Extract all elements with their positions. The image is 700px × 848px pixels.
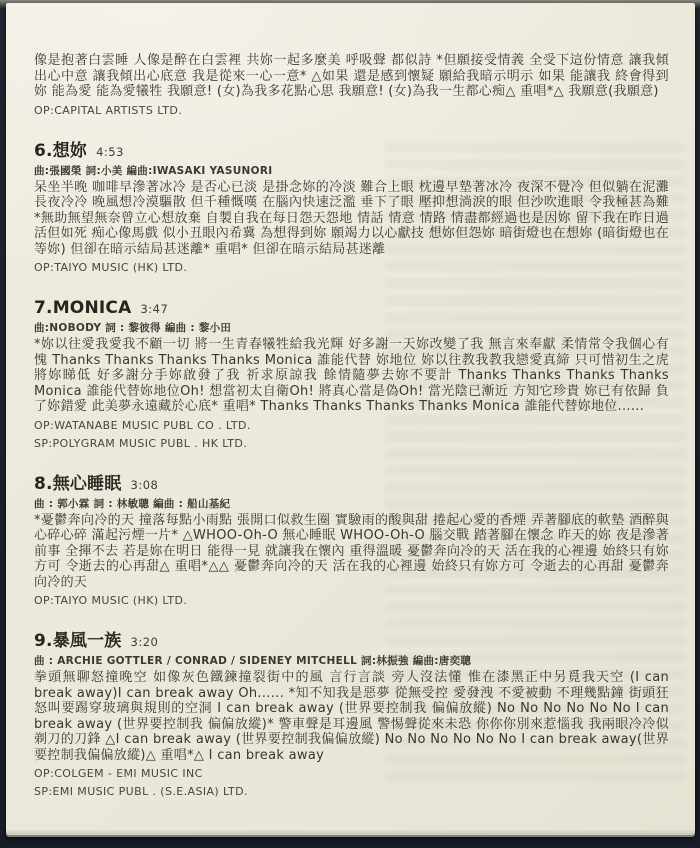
track-title-text: 無心睡眠	[53, 474, 122, 494]
track-title-text: 想妳	[53, 141, 87, 161]
booklet-page: 像是抱著白雲睡 人像是醉在白雲裡 共妳一起多麼美 呼吸聲 都似詩 *但願接受情義…	[6, 3, 695, 835]
track-number: 6.	[34, 141, 53, 161]
track-header: 9.暴風一族3:20	[34, 632, 669, 652]
track-lyrics: *妳以往愛我愛我不顧一切 將一生青春犧牲給我光輝 好多謝一天妳改變了我 無言來奉…	[34, 337, 669, 415]
track-title-text: MONICA	[53, 298, 132, 318]
track-credits: 曲:張國榮 詞:小美 編曲:IWASAKI YASUNORI	[34, 165, 669, 178]
track-section-7: 7.MONICA3:47 曲:NOBODY 詞 : 黎彼得 編曲 : 黎小田 *…	[34, 299, 669, 451]
publisher-line: OP:TAIYO MUSIC (HK) LTD.	[34, 261, 669, 275]
track-lyrics: 拳頭無聊怒撞晚空 如像灰色鐵鍊撞裂街中的風 言行言談 旁人沒法懂 惟在漆黑正中另…	[34, 670, 669, 763]
track-duration: 3:47	[140, 302, 168, 316]
track-credits: 曲 : ARCHIE GOTTLER / CONRAD / SIDENEY MI…	[34, 655, 669, 668]
track-number: 8.	[34, 474, 53, 494]
track-number: 7.	[34, 298, 53, 318]
publisher-line: SP:EMI MUSIC PUBL . (S.E.ASIA) LTD.	[34, 785, 669, 799]
track-credits: 曲:NOBODY 詞 : 黎彼得 編曲 : 黎小田	[34, 322, 669, 335]
publisher-line: OP:TAIYO MUSIC (HK) LTD.	[34, 594, 669, 608]
track-section-6: 6.想妳4:53 曲:張國榮 詞:小美 編曲:IWASAKI YASUNORI …	[34, 142, 669, 276]
track-header: 6.想妳4:53	[34, 142, 669, 162]
track-section-8: 8.無心睡眠3:08 曲 : 郭小霖 詞 : 林敏聰 編曲 : 船山基紀 *憂鬱…	[34, 475, 669, 609]
publisher-line: OP:CAPITAL ARTISTS LTD.	[34, 104, 669, 118]
track-duration: 3:08	[131, 478, 159, 492]
track-duration: 3:20	[131, 635, 159, 649]
track-title-text: 暴風一族	[53, 631, 122, 651]
track-duration: 4:53	[96, 145, 124, 159]
track-section-9: 9.暴風一族3:20 曲 : ARCHIE GOTTLER / CONRAD /…	[34, 632, 669, 799]
scanner-background: 像是抱著白雲睡 人像是醉在白雲裡 共妳一起多麼美 呼吸聲 都似詩 *但願接受情義…	[0, 0, 700, 848]
track-lyrics: 呆坐半晚 咖啡早滲著冰冷 是否心已淡 是掛念妳的冷淡 難合上眼 枕邊早墊著冰冷 …	[34, 180, 669, 258]
track-lyrics: *憂鬱奔向冷的天 撞落每點小雨點 張開口似救生圈 實驗雨的酸與甜 捲起心愛的香煙…	[34, 513, 669, 591]
track-header: 8.無心睡眠3:08	[34, 475, 669, 495]
track-header: 7.MONICA3:47	[34, 299, 669, 319]
publisher-line: OP:WATANABE MUSIC PUBL CO . LTD.	[34, 419, 669, 433]
lyrics-sheet-content: 像是抱著白雲睡 人像是醉在白雲裡 共妳一起多麼美 呼吸聲 都似詩 *但願接受情義…	[34, 51, 669, 821]
lyrics-continued-from-previous-page: 像是抱著白雲睡 人像是醉在白雲裡 共妳一起多麼美 呼吸聲 都似詩 *但願接受情義…	[34, 53, 669, 100]
track-credits: 曲 : 郭小霖 詞 : 林敏聰 編曲 : 船山基紀	[34, 498, 669, 511]
publisher-line: SP:POLYGRAM MUSIC PUBL . HK LTD.	[34, 437, 669, 451]
publisher-line: OP:COLGEM - EMI MUSIC INC	[34, 767, 669, 781]
track-number: 9.	[34, 631, 53, 651]
